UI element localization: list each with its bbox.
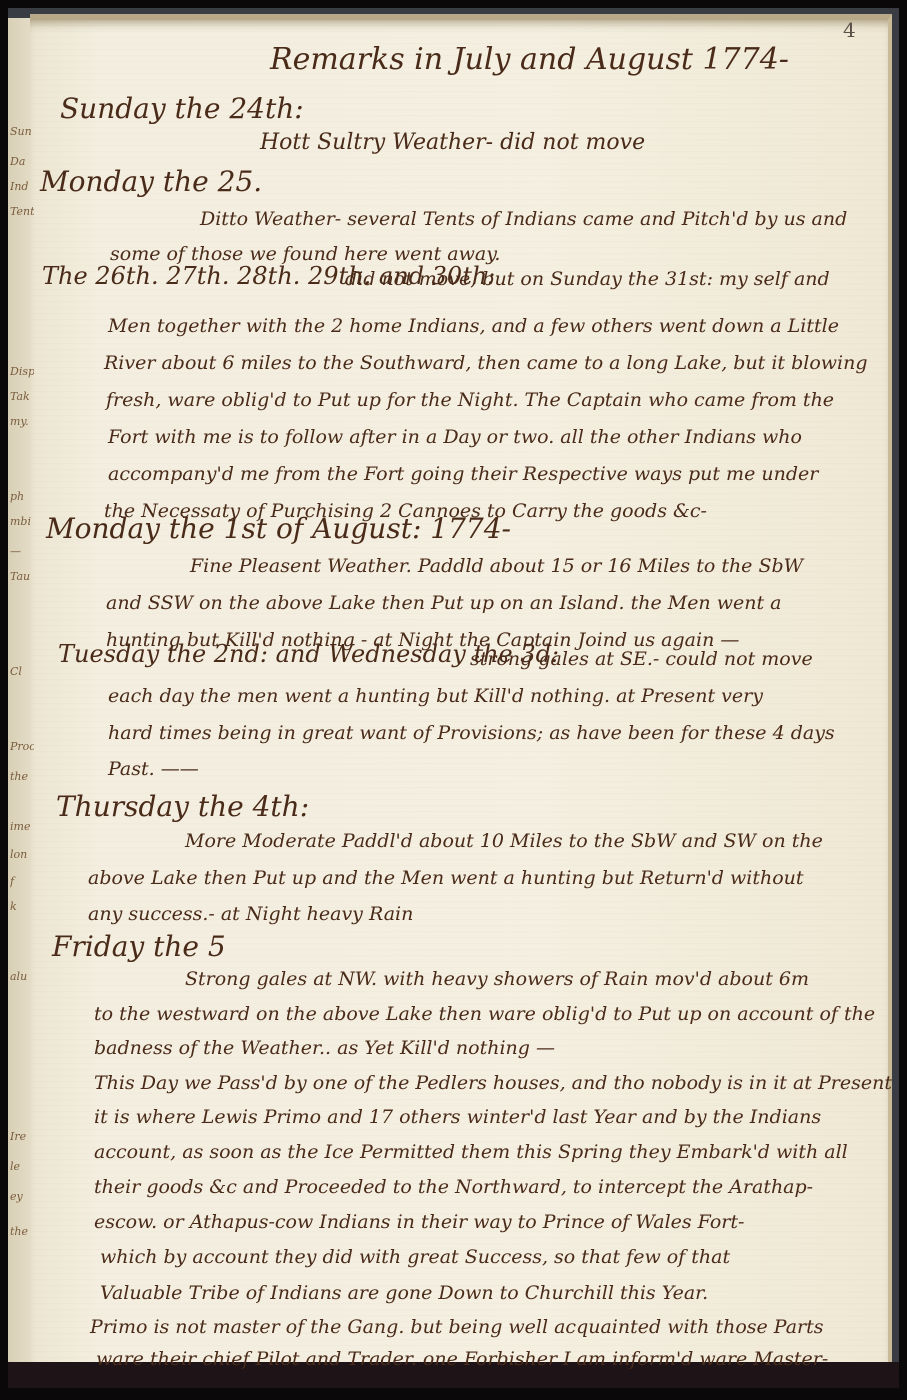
margin-fragment: k: [10, 900, 34, 913]
margin-fragment: —: [10, 545, 34, 558]
entry-line: Strong gales at NW. with heavy showers o…: [185, 968, 809, 990]
entry-line: did not move, but on Sunday the 31st: my…: [345, 268, 830, 290]
entry-heading: Monday the 1st of August: 1774-: [46, 512, 511, 545]
entry-line: River about 6 miles to the Southward, th…: [104, 352, 868, 374]
entry-line: to the westward on the above Lake then w…: [94, 1003, 875, 1025]
margin-fragment: Sun: [10, 125, 34, 138]
entry-line: escow. or Athapus-cow Indians in their w…: [94, 1211, 744, 1233]
margin-fragment: Tent: [10, 205, 34, 218]
margin-fragment: Ire: [10, 1130, 34, 1143]
entry-line: which by account they did with great Suc…: [100, 1246, 730, 1268]
entry-line: Primo is not master of the Gang. but bei…: [90, 1316, 824, 1338]
entry-line: This Day we Pass'd by one of the Pedlers…: [94, 1072, 892, 1094]
entry-line: their goods &c and Proceeded to the Nort…: [94, 1176, 813, 1198]
margin-fragment: ey: [10, 1190, 34, 1203]
page-number-original: 4: [843, 18, 856, 42]
entry-line: Fort with me is to follow after in a Day…: [108, 426, 802, 448]
margin-fragment: the: [10, 770, 34, 783]
entry-line: hard times being in great want of Provis…: [108, 722, 835, 744]
page-number: 4: [843, 18, 856, 42]
entry-line: Men together with the 2 home Indians, an…: [108, 315, 839, 337]
margin-fragment: Da: [10, 155, 34, 168]
entry-line: badness of the Weather.. as Yet Kill'd n…: [94, 1037, 555, 1059]
entry-heading: Friday the 5: [52, 930, 226, 963]
entry-line: it is where Lewis Primo and 17 others wi…: [94, 1106, 821, 1128]
entry-line: each day the men went a hunting but Kill…: [108, 685, 763, 707]
margin-fragment: my.: [10, 415, 34, 428]
margin-fragment: mbi: [10, 515, 34, 528]
entry-heading: Thursday the 4th:: [56, 790, 309, 823]
page-title: Remarks in July and August 1774-: [270, 42, 789, 77]
entry-line: accompany'd me from the Fort going their…: [108, 463, 818, 485]
margin-fragment: Tau: [10, 570, 34, 583]
margin-fragment: Cl: [10, 665, 34, 678]
margin-fragment: Tak: [10, 390, 34, 403]
entry-heading: Sunday the 24th:: [60, 92, 304, 125]
entry-line: Fine Pleasent Weather. Paddld about 15 o…: [190, 555, 803, 577]
margin-fragment: Ind: [10, 180, 34, 193]
entry-line: any success.- at Night heavy Rain: [88, 903, 413, 925]
margin-fragment: the: [10, 1225, 34, 1238]
margin-fragment: Proc: [10, 740, 34, 753]
margin-fragment: ime: [10, 820, 34, 833]
margin-fragment: alu: [10, 970, 34, 983]
entry-line: ware their chief Pilot and Trader. one F…: [96, 1348, 828, 1370]
entry-line: Hott Sultry Weather- did not move: [260, 130, 645, 155]
entry-line: and SSW on the above Lake then Put up on…: [106, 592, 781, 614]
entry-line: Valuable Tribe of Indians are gone Down …: [100, 1282, 708, 1304]
entry-line: strong gales at SE.- could not move: [470, 648, 813, 670]
entry-line: above Lake then Put up and the Men went …: [88, 867, 804, 889]
entry-line: Ditto Weather- several Tents of Indians …: [200, 208, 847, 230]
entry-line: fresh, ware oblig'd to Put up for the Ni…: [106, 389, 834, 411]
entry-line: account, as soon as the Ice Permitted th…: [94, 1141, 848, 1163]
entry-line: More Moderate Paddl'd about 10 Miles to …: [185, 830, 823, 852]
margin-fragment: ph: [10, 490, 34, 503]
margin-fragment: Disp: [10, 365, 34, 378]
margin-fragment: le: [10, 1160, 34, 1173]
margin-fragment: f: [10, 875, 34, 888]
entry-line: Past. ——: [108, 758, 199, 780]
entry-heading: Monday the 25.: [40, 165, 262, 198]
margin-fragment: lon: [10, 848, 34, 861]
